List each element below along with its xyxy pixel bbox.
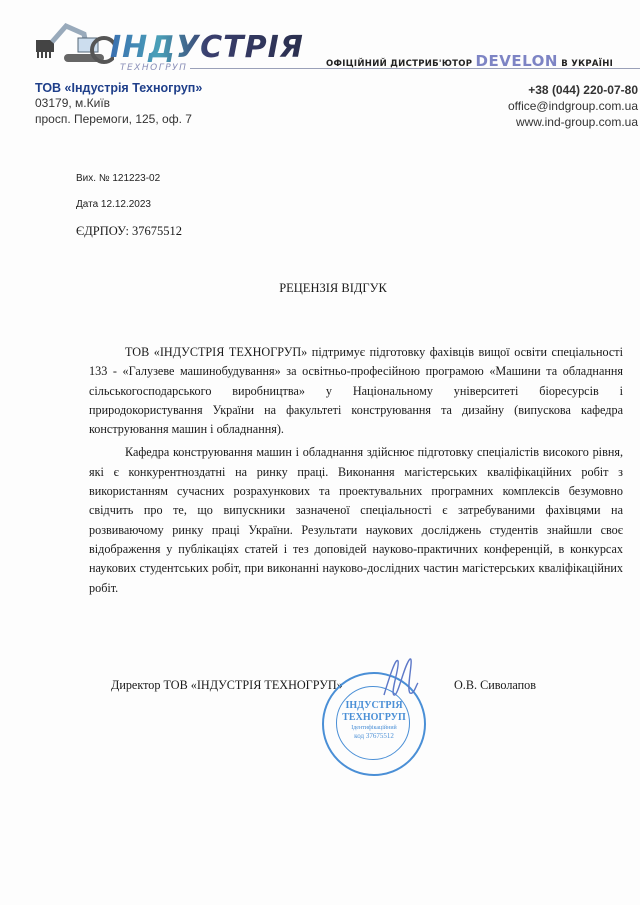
excavator-logo-icon xyxy=(34,20,114,70)
tagline-right: В УКРАЇНІ xyxy=(561,59,613,69)
website: www.ind-group.com.ua xyxy=(508,114,638,130)
signatory-name: О.В. Сиволапов xyxy=(454,678,536,693)
stamp-text: ІНДУСТРІЯ ТЕХНОГРУП Ідентифікаційний код… xyxy=(324,700,424,740)
document-title: РЕЦЕНЗІЯ ВІДГУК xyxy=(0,281,640,296)
logo-subtitle: ТЕХНОГРУП xyxy=(120,63,187,73)
address-line-1: 03179, м.Київ xyxy=(35,96,110,110)
logo-wordmark: ІНДУСТРІЯ xyxy=(110,30,304,65)
tagline: ОФІЦІЙНИЙ ДИСТРИБ'ЮТОР DEVELON В УКРАЇНІ xyxy=(326,52,613,70)
develon-brand: DEVELON xyxy=(476,52,558,70)
contact-block: +38 (044) 220-07-80 office@indgroup.com.… xyxy=(508,82,638,130)
edrpou-code: ЄДРПОУ: 37675512 xyxy=(76,224,182,239)
handwritten-signature-icon xyxy=(380,655,420,700)
stamp-code: код 37675512 xyxy=(324,732,424,740)
stamp-line-2: ТЕХНОГРУП xyxy=(324,712,424,724)
paragraph-1: ТОВ «ІНДУСТРІЯ ТЕХНОГРУП» підтримує підг… xyxy=(89,343,623,439)
paragraph-2: Кафедра конструювання машин і обладнання… xyxy=(89,443,623,597)
address-line-2: просп. Перемоги, 125, оф. 7 xyxy=(35,112,192,126)
document-body: ТОВ «ІНДУСТРІЯ ТЕХНОГРУП» підтримує підг… xyxy=(89,343,623,598)
letterhead: ІНДУСТРІЯ ТЕХНОГРУП ОФІЦІЙНИЙ ДИСТРИБ'ЮТ… xyxy=(0,0,640,130)
email: office@indgroup.com.ua xyxy=(508,98,638,114)
outgoing-number: Вих. № 121223-02 xyxy=(76,173,160,184)
stamp-line-1: ІНДУСТРІЯ xyxy=(324,700,424,712)
phone: +38 (044) 220-07-80 xyxy=(508,82,638,98)
company-name: ТОВ «Індустрія Техногруп» xyxy=(35,81,202,95)
stamp-code-label: Ідентифікаційний xyxy=(324,724,424,732)
tagline-left: ОФІЦІЙНИЙ ДИСТРИБ'ЮТОР xyxy=(326,59,472,69)
signatory-position: Директор ТОВ «ІНДУСТРІЯ ТЕХНОГРУП» xyxy=(111,678,343,693)
document-date: Дата 12.12.2023 xyxy=(76,199,151,210)
